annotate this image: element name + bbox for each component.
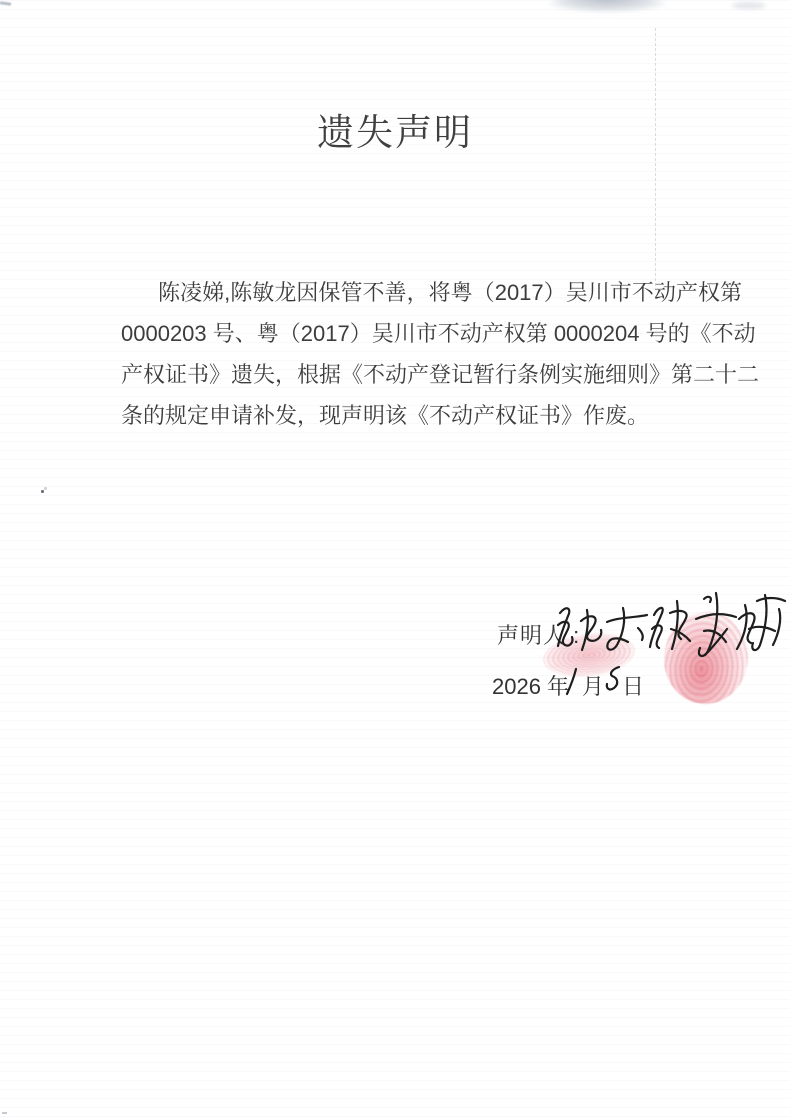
handwritten-day-digit bbox=[603, 663, 623, 697]
date-month-label: 月 bbox=[582, 670, 604, 701]
body-line: 产权证书》遗失，根据《不动产登记暂行条例实施细则》第二十二 bbox=[121, 354, 742, 395]
date-year-label: 2026 年 bbox=[492, 670, 569, 701]
body-line: 0000203 号、粤（2017）吴川市不动产权第 0000204 号的《不动 bbox=[121, 313, 742, 354]
body-line: 条的规定申请补发，现声明该《不动产权证书》作废。 bbox=[121, 395, 742, 436]
handwritten-signature-2 bbox=[644, 584, 788, 672]
date-day-label: 日 bbox=[622, 670, 644, 701]
document-title: 遗失声明 bbox=[0, 102, 790, 156]
scan-texture bbox=[0, 0, 790, 1119]
document-body: 陈凌娣,陈敏龙因保管不善，将粤（2017）吴川市不动产权第 0000203 号、… bbox=[121, 272, 742, 436]
scan-vertical-line bbox=[655, 28, 656, 286]
scan-corner-mark-bottom bbox=[2, 1112, 7, 1114]
scan-smudge-small bbox=[732, 2, 766, 9]
body-line: 陈凌娣,陈敏龙因保管不善，将粤（2017）吴川市不动产权第 bbox=[121, 272, 742, 313]
scan-smudge bbox=[548, 0, 666, 12]
handwritten-month-digit bbox=[564, 666, 580, 698]
scanned-document-page: 遗失声明 陈凌娣,陈敏龙因保管不善，将粤（2017）吴川市不动产权第 00002… bbox=[0, 0, 790, 1119]
handwritten-signature-1 bbox=[551, 599, 656, 657]
scan-corner-mark bbox=[0, 1, 11, 5]
scan-speck bbox=[41, 490, 44, 493]
